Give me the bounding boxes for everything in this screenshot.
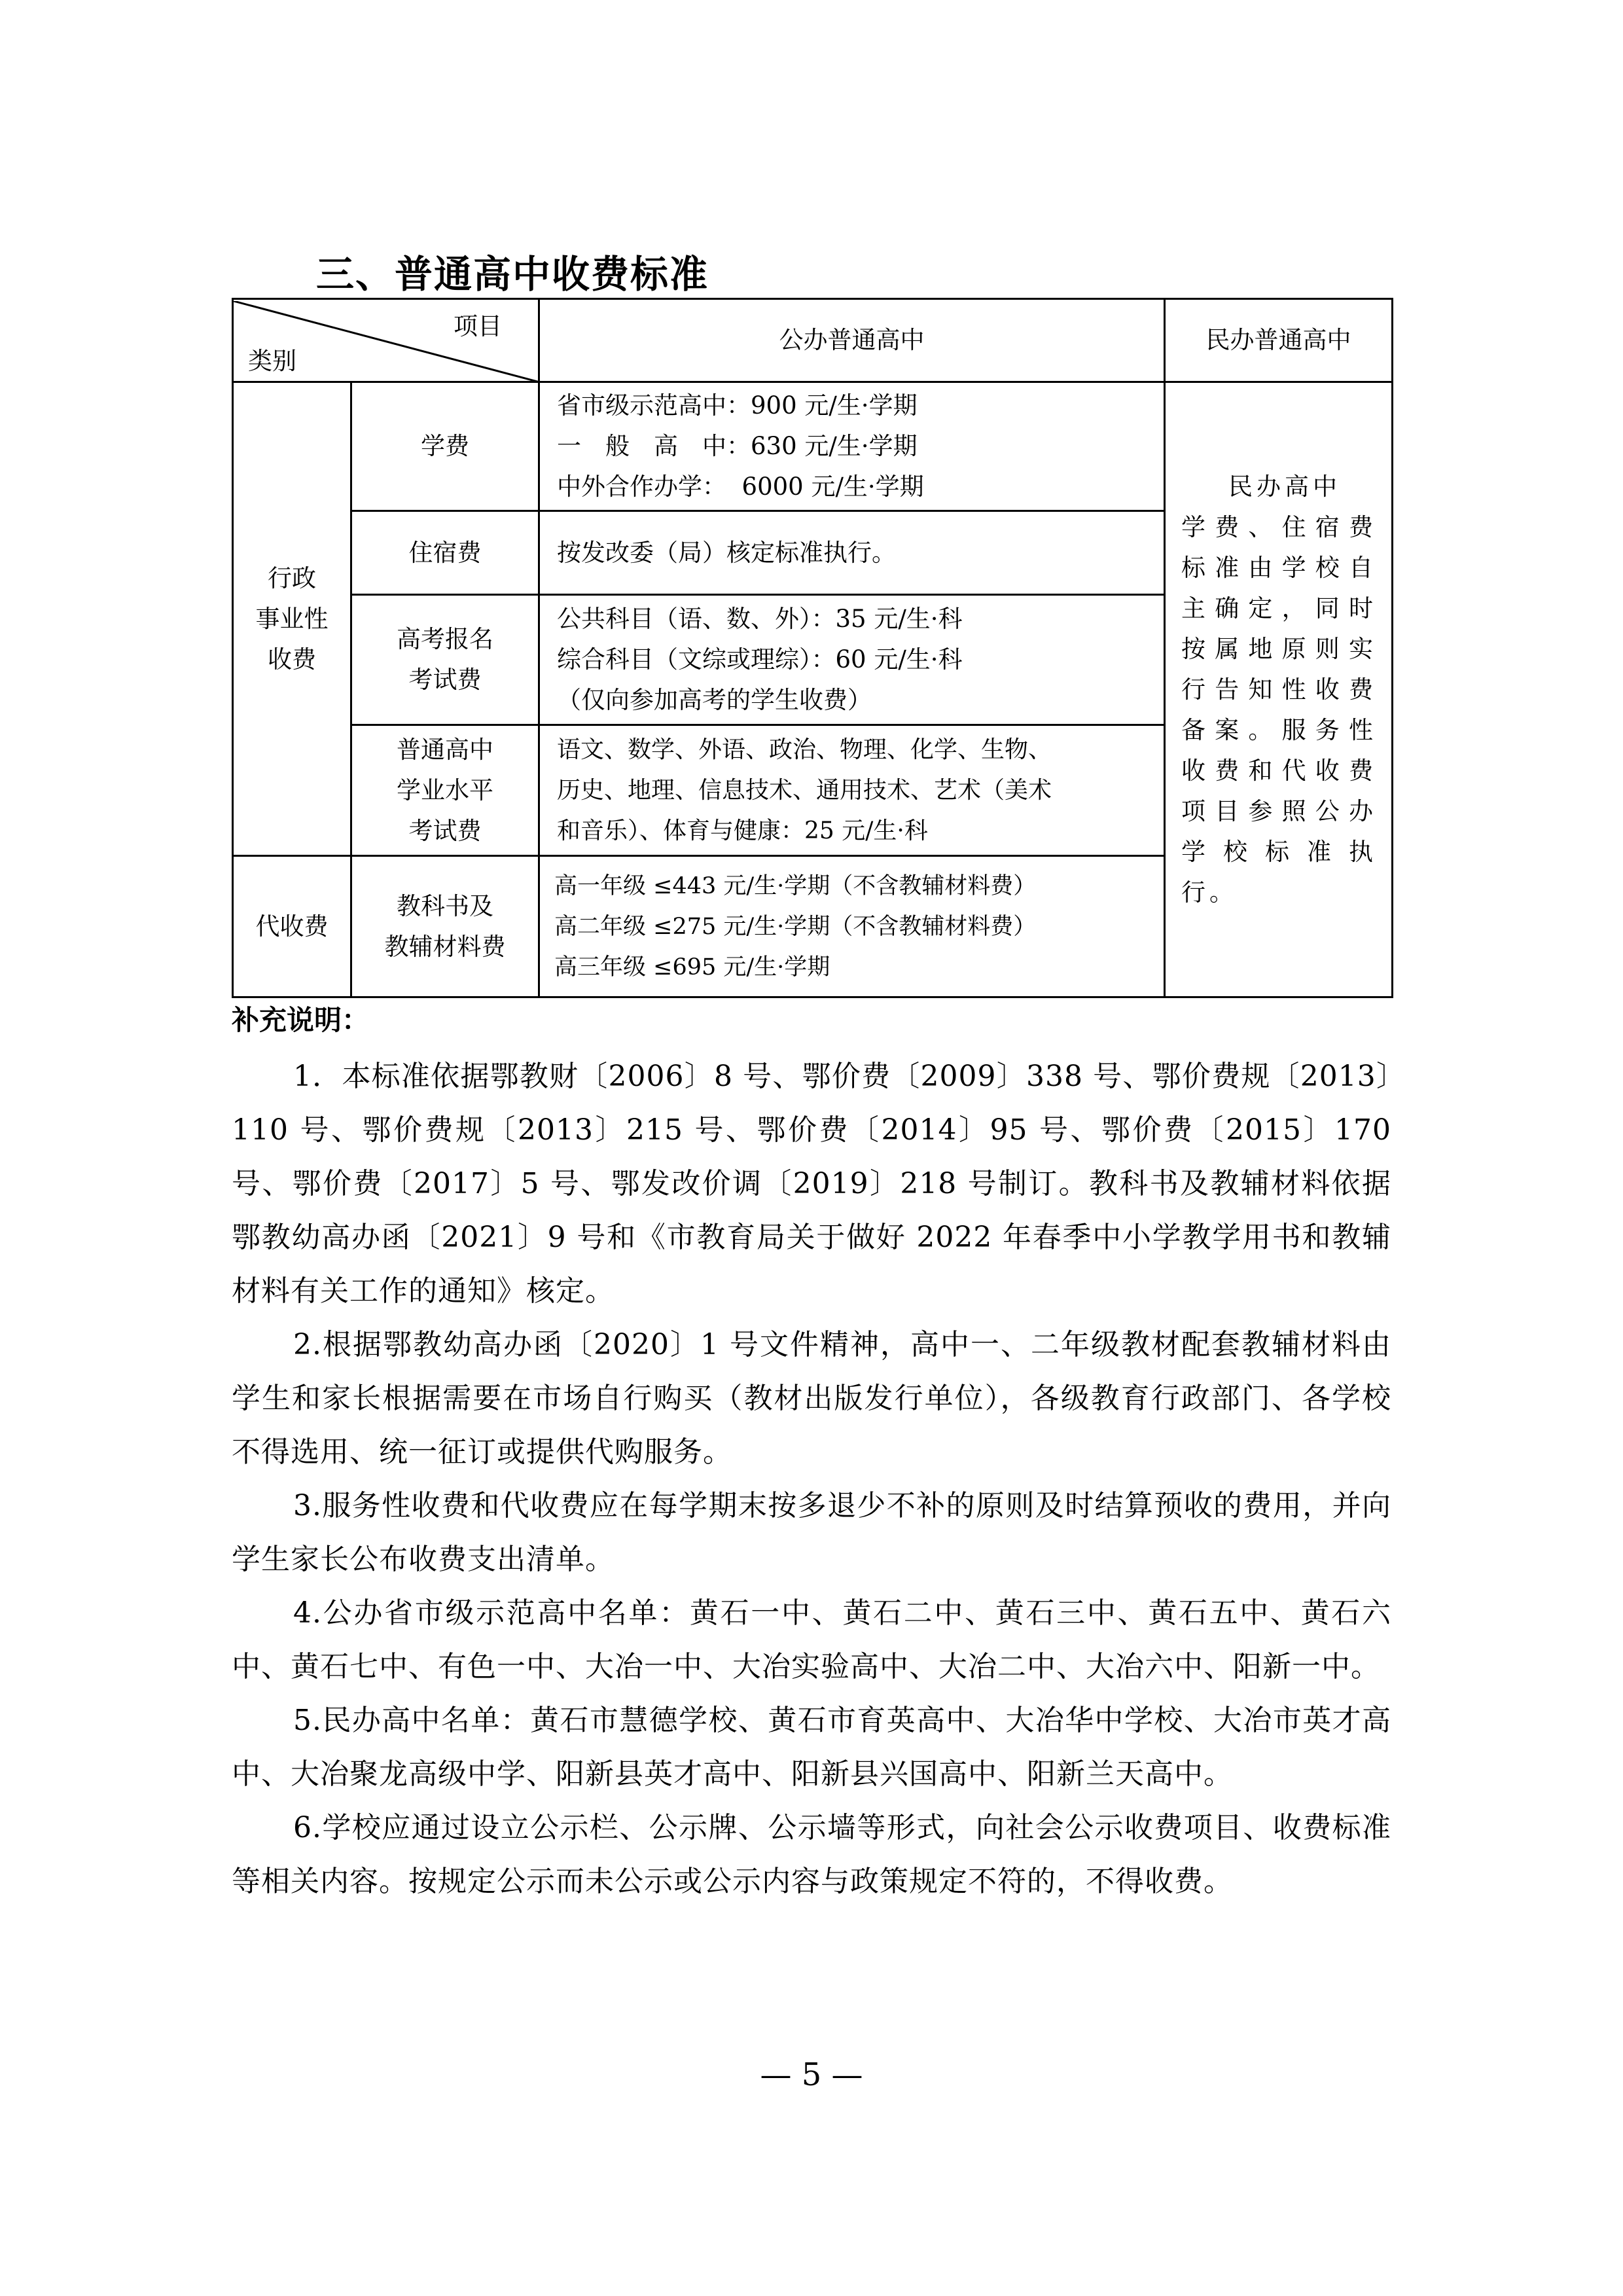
gaokao-public-rates: 公共科目（语、数、外）：35 元/生·科 综合科目（文综或理综）：60 元/生·… [539,595,1165,725]
header-private-high-school: 民办普通高中 [1165,299,1393,382]
item-tuition: 学费 [351,382,539,511]
textbook-public-rates: 高一年级 ≤443 元/生·学期（不含教辅材料费） 高二年级 ≤275 元/生·… [539,856,1165,997]
page-number: — 5 — [0,2056,1623,2093]
academic-proficiency-public-rates: 语文、数学、外语、政治、物理、化学、生物、 历史、地理、信息技术、通用技术、艺术… [539,725,1165,856]
header-item-label: 项目 [454,310,502,343]
header-category-label: 类别 [248,345,296,378]
supplementary-notes-label: 补充说明： [232,999,369,1038]
item-academic-proficiency-exam-fee: 普通高中 学业水平 考试费 [351,725,539,856]
item-textbook-materials-fee: 教科书及 教辅材料费 [351,856,539,997]
note-item: 3.服务性收费和代收费应在每学期末按多退少不补的原则及时结算预收的费用，并向学生… [232,1479,1391,1587]
category-administrative-fees: 行政 事业性 收费 [233,382,351,856]
note-item: 4.公办省市级示范高中名单：黄石一中、黄石二中、黄石三中、黄石五中、黄石六中、黄… [232,1587,1391,1694]
item-lodging: 住宿费 [351,511,539,595]
section-title: 三、普通高中收费标准 [316,243,709,298]
fee-standard-table: 项目 类别 公办普通高中 民办普通高中 行政 事业性 收费 学费 省市级示范高中… [232,298,1393,998]
diagonal-header-cell: 项目 类别 [233,299,539,382]
note-item: 6.学校应通过设立公示栏、公示牌、公示墙等形式，向社会公示收费项目、收费标准等相… [232,1801,1391,1909]
note-item: 1．本标准依据鄂教财〔2006〕8 号、鄂价费〔2009〕338 号、鄂价费规〔… [232,1050,1391,1318]
item-gaokao-exam-fee: 高考报名 考试费 [351,595,539,725]
lodging-public-rates: 按发改委（局）核定标准执行。 [539,511,1165,595]
note-item: 5.民办高中名单：黄石市慧德学校、黄石市育英高中、大冶华中学校、大冶市英才高中、… [232,1694,1391,1801]
rate-line: 一 般 高 中：630 元/生·学期 [557,426,1164,467]
tuition-public-rates: 省市级示范高中：900 元/生·学期 一 般 高 中：630 元/生·学期 中外… [539,382,1165,511]
private-school-note: 民办高中 学费、住宿费标准由学校自主确定，同时按属地原则实行告知性收费备案。服务… [1165,382,1393,997]
rate-line: 省市级示范高中：900 元/生·学期 [557,386,1164,426]
rate-line: 中外合作办学： 6000 元/生·学期 [557,467,1164,507]
header-public-high-school: 公办普通高中 [539,299,1165,382]
category-collected-on-behalf: 代收费 [233,856,351,997]
note-item: 2.根据鄂教幼高办函〔2020〕1 号文件精神，高中一、二年级教材配套教辅材料由… [232,1318,1391,1479]
supplementary-notes: 1．本标准依据鄂教财〔2006〕8 号、鄂价费〔2009〕338 号、鄂价费规〔… [232,1050,1391,1909]
